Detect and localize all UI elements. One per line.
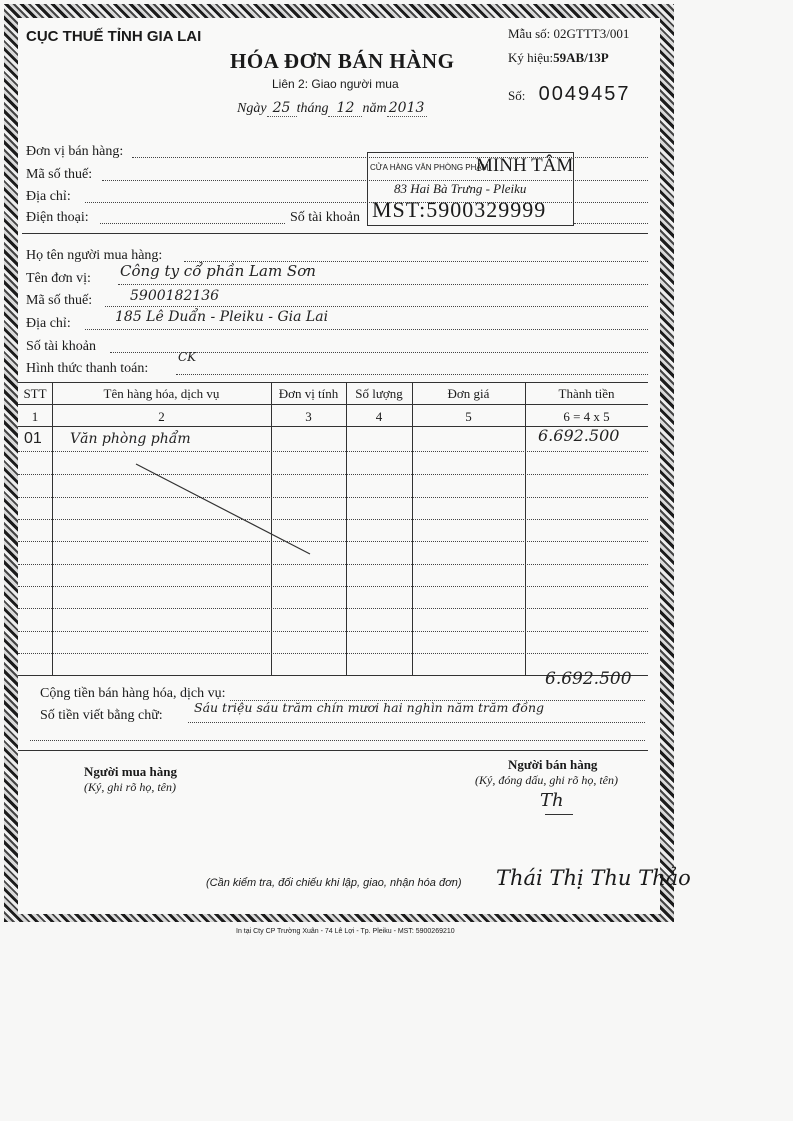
row-line xyxy=(18,653,648,654)
row-line xyxy=(18,497,648,498)
col-header-stt: STT xyxy=(18,386,52,402)
day-value: 25 xyxy=(267,100,297,117)
stamp-address: 83 Hai Bà Trưng - Pleiku xyxy=(394,181,526,197)
payment-method-value: CK xyxy=(178,350,196,364)
amount-in-words-line xyxy=(188,722,645,723)
form-number-label: Mẫu số: xyxy=(508,26,550,41)
year-value: 2013 xyxy=(387,100,427,117)
seller-account-label: Số tài khoản xyxy=(290,210,360,226)
col-header-qty: Số lượng xyxy=(346,386,412,402)
buyer-unit-value: Công ty cổ phần Lam Sơn xyxy=(120,262,316,280)
seller-phone-label: Điện thoại: xyxy=(26,210,89,226)
seller-tax-label: Mã số thuế: xyxy=(26,167,92,183)
invoice-title: HÓA ĐƠN BÁN HÀNG xyxy=(230,49,454,74)
buyer-unit-label: Tên đơn vị: xyxy=(26,271,91,287)
row-line xyxy=(18,564,648,565)
year-label: năm xyxy=(362,101,386,116)
amount-in-words-label: Số tiền viết bằng chữ: xyxy=(40,708,163,724)
row-line xyxy=(18,631,648,632)
buyer-signature-note: (Ký, ghi rõ họ, tên) xyxy=(84,780,176,795)
table-header-divider xyxy=(18,404,648,405)
number-value: 0049457 xyxy=(539,83,631,105)
row-stt: 01 xyxy=(24,430,42,448)
copy-label: Liên 2: Giao người mua xyxy=(272,77,399,91)
amount-in-words-line-2 xyxy=(30,740,645,741)
col-number-1: 1 xyxy=(18,409,52,425)
tax-authority: CỤC THUẾ TỈNH GIA LAI xyxy=(26,28,201,45)
seller-address-label: Địa chỉ: xyxy=(26,189,71,205)
table-top-border xyxy=(18,382,648,383)
signature-underline xyxy=(545,814,573,815)
buyer-tax-value: 5900182136 xyxy=(130,288,219,304)
payment-method-label: Hình thức thanh toán: xyxy=(26,361,148,377)
col-header-amount: Thành tiền xyxy=(525,386,648,402)
stamp-shop-name: MINH TÂM xyxy=(476,155,573,177)
col-number-6: 6 = 4 x 5 xyxy=(525,409,648,425)
row-line xyxy=(18,519,648,520)
check-note: (Cần kiểm tra, đối chiếu khi lập, giao, … xyxy=(206,877,462,889)
row-line xyxy=(18,541,648,542)
number-label: Số: xyxy=(508,88,525,103)
symbol-value: 59AB/13P xyxy=(553,50,609,65)
seller-stamp: CỬA HÀNG VĂN PHÒNG PHẨM MINH TÂM 83 Hai … xyxy=(367,152,574,226)
seller-phone-line xyxy=(100,223,285,224)
seller-name-label: Đơn vị bán hàng: xyxy=(26,144,123,160)
form-number: Mẫu số: 02GTTT3/001 xyxy=(508,26,629,42)
row-line xyxy=(18,608,648,609)
seller-account-line xyxy=(574,223,648,224)
total-value: 6.692.500 xyxy=(545,669,632,689)
printer-info: In tại Cty CP Trường Xuân - 74 Lê Lợi - … xyxy=(236,928,455,935)
cancel-strike-line xyxy=(130,460,320,560)
row-line xyxy=(18,586,648,587)
invoice-date: Ngày25tháng12năm2013 xyxy=(237,100,427,117)
buyer-unit-line xyxy=(118,284,648,285)
form-number-value: 02GTTT3/001 xyxy=(554,26,630,41)
seller-signature-note: (Ký, đóng dấu, ghi rõ họ, tên) xyxy=(475,773,618,788)
col-header-unit: Đơn vị tính xyxy=(271,386,346,402)
invoice-number: Số: 0049457 xyxy=(508,83,630,106)
row-line xyxy=(18,451,648,452)
stamp-prefix: CỬA HÀNG VĂN PHÒNG PHẨM xyxy=(370,163,488,172)
section-divider xyxy=(22,233,648,234)
amount-in-words-value: Sáu triệu sáu trăm chín mươi hai nghìn n… xyxy=(194,700,544,715)
signature-divider xyxy=(18,750,648,751)
col-header-name: Tên hàng hóa, dịch vụ xyxy=(52,386,271,402)
invoice-page: CỤC THUẾ TỈNH GIA LAI HÓA ĐƠN BÁN HÀNG L… xyxy=(0,0,793,1121)
month-value: 12 xyxy=(328,100,362,117)
buyer-address-label: Địa chỉ: xyxy=(26,316,71,332)
stamp-tax-code: MST:5900329999 xyxy=(372,197,546,221)
row-item-name: Văn phòng phẩm xyxy=(70,431,191,447)
col-header-price: Đơn giá xyxy=(412,386,525,402)
col-number-3: 3 xyxy=(271,409,346,425)
row-amount: 6.692.500 xyxy=(538,426,619,445)
buyer-account-label: Số tài khoản xyxy=(26,339,96,355)
month-label: tháng xyxy=(297,101,329,116)
buyer-tax-label: Mã số thuế: xyxy=(26,293,92,309)
day-label: Ngày xyxy=(237,101,267,116)
col-number-4: 4 xyxy=(346,409,412,425)
buyer-signature-title: Người mua hàng xyxy=(84,764,177,780)
row-line xyxy=(18,474,648,475)
payment-method-line xyxy=(176,374,648,375)
buyer-address-value: 185 Lê Duẩn - Pleiku - Gia Lai xyxy=(115,309,328,325)
seller-signature: Th xyxy=(540,790,564,811)
col-number-5: 5 xyxy=(412,409,525,425)
invoice-symbol: Ký hiệu:59AB/13P xyxy=(508,50,609,66)
buyer-address-line xyxy=(85,329,648,330)
seller-name-stamp: Thái Thị Thu Thảo xyxy=(496,866,691,890)
col-number-2: 2 xyxy=(52,409,271,425)
buyer-tax-line xyxy=(105,306,648,307)
seller-signature-title: Người bán hàng xyxy=(508,757,597,773)
symbol-label: Ký hiệu: xyxy=(508,50,553,65)
